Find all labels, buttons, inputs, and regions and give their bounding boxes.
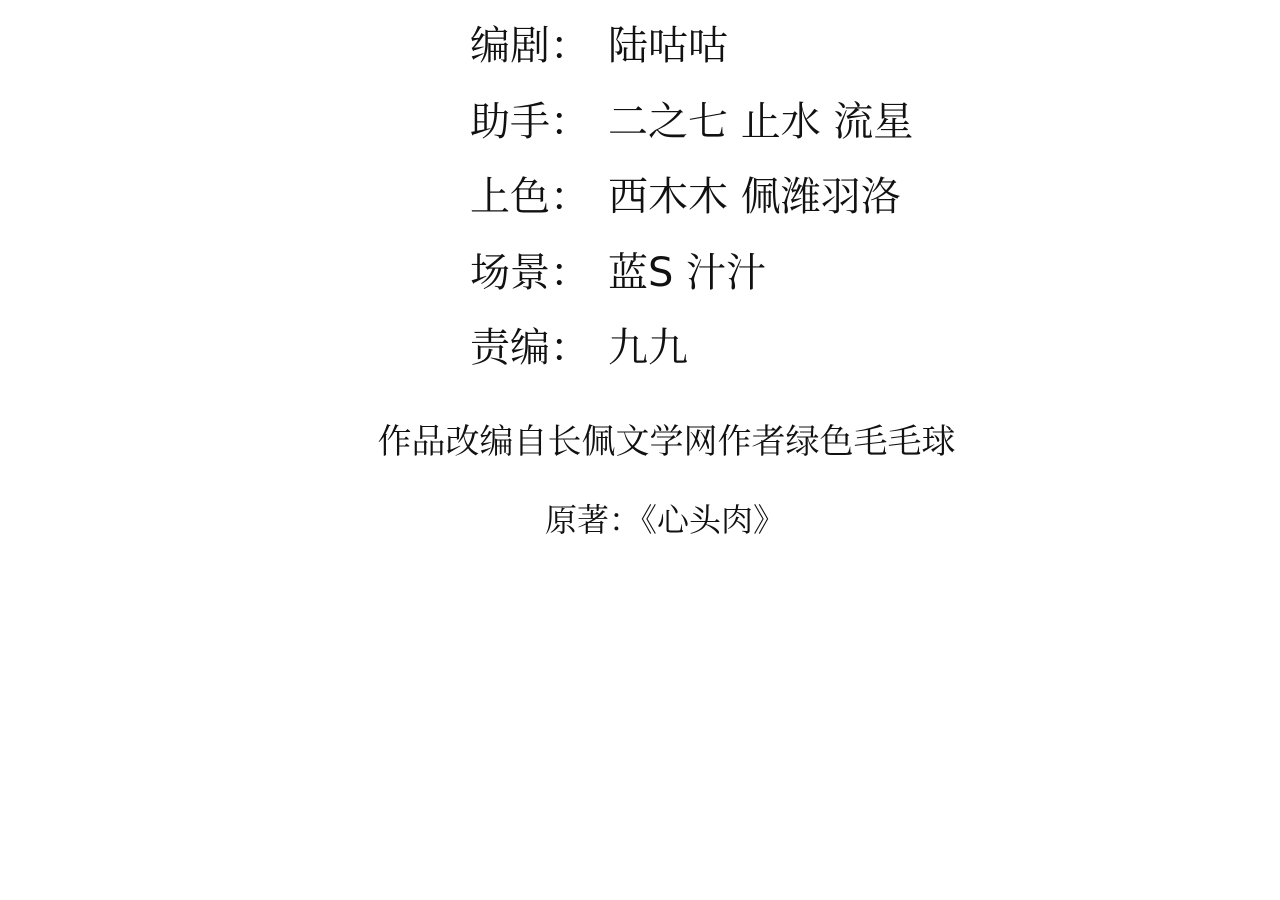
credit-row-screenwriter: 编剧： 陆咕咕 — [470, 18, 913, 94]
original-work-title: 《心头肉》 — [641, 501, 785, 539]
credit-row-scenery: 场景： 蓝S 汁汁 — [470, 245, 913, 321]
credit-names: 二之七 止水 流星 — [608, 94, 913, 150]
credit-names: 蓝S 汁汁 — [608, 245, 766, 301]
credit-row-coloring: 上色： 西木木 佩潍羽洛 — [470, 169, 913, 245]
credit-role: 上色： — [470, 169, 608, 225]
credit-role: 责编： — [470, 320, 608, 376]
adaptation-note: 作品改编自长佩文学网作者绿色毛毛球 — [0, 418, 1280, 466]
credits-list: 编剧： 陆咕咕 助手： 二之七 止水 流星 上色： 西木木 佩潍羽洛 场景： 蓝… — [470, 18, 913, 396]
credit-role: 场景： — [470, 245, 608, 301]
credit-role: 编剧： — [470, 18, 608, 74]
original-work-line: 原著：《心头肉》 — [0, 497, 1280, 543]
credit-row-editor: 责编： 九九 — [470, 320, 913, 396]
credit-role: 助手： — [470, 94, 608, 150]
credit-names: 九九 — [608, 320, 688, 376]
credit-row-assistants: 助手： 二之七 止水 流星 — [470, 94, 913, 170]
credit-names: 西木木 佩潍羽洛 — [608, 169, 901, 225]
credit-names: 陆咕咕 — [608, 18, 728, 74]
original-work-label: 原著： — [545, 501, 641, 539]
